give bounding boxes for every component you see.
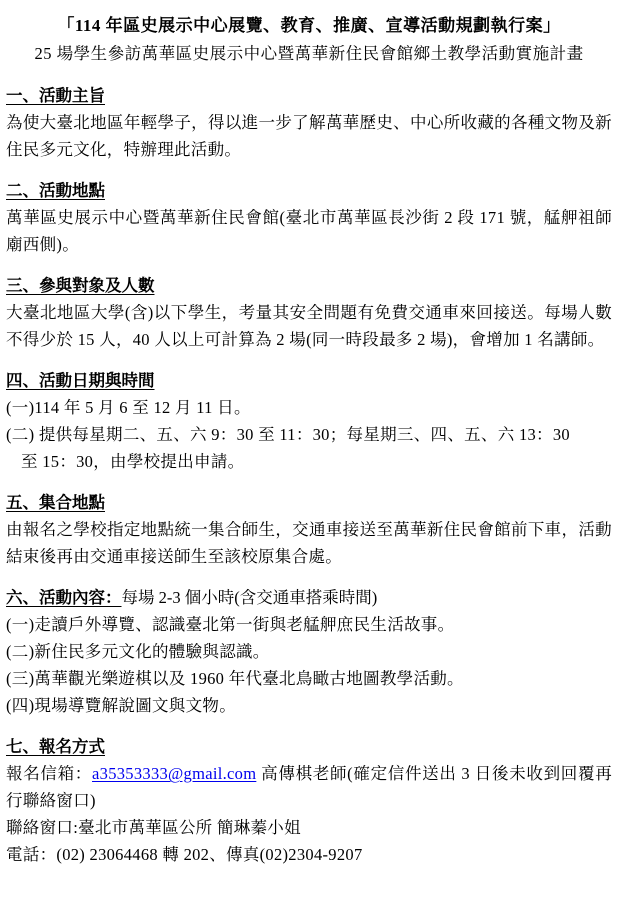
content-item-3: (三)萬華觀光樂遊棋以及 1960 年代臺北鳥瞰古地圖教學活動。 (6, 665, 612, 692)
section-registration-heading: 七、報名方式 (6, 733, 612, 760)
section-content-heading: 六、活動內容： (6, 588, 122, 607)
section-location: 二、活動地點 萬華區史展示中心暨萬華新住民會館(臺北市萬華區長沙街 2 段 17… (6, 177, 612, 258)
section-meeting-point-body: 由報名之學校指定地點統一集合師生，交通車接送至萬華新住民會館前下車，活動結束後再… (6, 516, 612, 570)
section-participants-body: 大臺北地區大學(含)以下學生，考量其安全問題有免費交通車來回接送。每場人數不得少… (6, 299, 612, 353)
section-content: 六、活動內容：每場 2-3 個小時(含交通車搭乘時間) (一)走讀戶外導覽、認識… (6, 584, 612, 719)
schedule-item-2-continued: 至 15：30，由學校提出申請。 (6, 448, 612, 475)
title-block: 「114 年區史展示中心展覽、教育、推廣、宣導活動規劃執行案」 25 場學生參訪… (6, 12, 612, 68)
schedule-item-1: (一)114 年 5 月 6 至 12 月 11 日。 (6, 394, 612, 421)
section-content-heading-inline: 每場 2-3 個小時(含交通車搭乘時間) (122, 588, 378, 607)
registration-email-label: 報名信箱： (6, 764, 92, 783)
page-title: 「114 年區史展示中心展覽、教育、推廣、宣導活動規劃執行案」 (6, 12, 612, 40)
section-content-heading-line: 六、活動內容：每場 2-3 個小時(含交通車搭乘時間) (6, 584, 612, 611)
section-meeting-point-heading: 五、集合地點 (6, 489, 612, 516)
registration-email-line: 報名信箱：a35353333@gmail.com 高傳棋老師(確定信件送出 3 … (6, 760, 612, 814)
section-purpose: 一、活動主旨 為使大臺北地區年輕學子，得以進一步了解萬華歷史、中心所收藏的各種文… (6, 82, 612, 163)
section-schedule-heading: 四、活動日期與時間 (6, 367, 612, 394)
section-location-body: 萬華區史展示中心暨萬華新住民會館(臺北市萬華區長沙街 2 段 171 號，艋舺祖… (6, 204, 612, 258)
schedule-item-2: (二) 提供每星期二、五、六 9：30 至 11：30；每星期三、四、五、六 1… (6, 421, 612, 448)
section-meeting-point: 五、集合地點 由報名之學校指定地點統一集合師生，交通車接送至萬華新住民會館前下車… (6, 489, 612, 570)
registration-phone-line: 電話：(02) 23064468 轉 202、傳真(02)2304-9207 (6, 841, 612, 868)
section-participants-heading: 三、參與對象及人數 (6, 272, 612, 299)
page-subtitle: 25 場學生參訪萬華區史展示中心暨萬華新住民會館鄉土教學活動實施計畫 (6, 40, 612, 68)
content-item-2: (二)新住民多元文化的體驗與認識。 (6, 638, 612, 665)
section-registration: 七、報名方式 報名信箱：a35353333@gmail.com 高傳棋老師(確定… (6, 733, 612, 868)
section-purpose-body: 為使大臺北地區年輕學子，得以進一步了解萬華歷史、中心所收藏的各種文物及新住民多元… (6, 109, 612, 163)
content-item-1: (一)走讀戶外導覽、認識臺北第一街與老艋舺庶民生活故事。 (6, 611, 612, 638)
section-schedule: 四、活動日期與時間 (一)114 年 5 月 6 至 12 月 11 日。 (二… (6, 367, 612, 475)
registration-email-link[interactable]: a35353333@gmail.com (92, 764, 256, 783)
content-item-4: (四)現場導覽解說圖文與文物。 (6, 692, 612, 719)
registration-contact-line: 聯絡窗口:臺北市萬華區公所 簡琳蓁小姐 (6, 814, 612, 841)
document-page: 「114 年區史展示中心展覽、教育、推廣、宣導活動規劃執行案」 25 場學生參訪… (0, 0, 618, 900)
section-purpose-heading: 一、活動主旨 (6, 82, 612, 109)
section-location-heading: 二、活動地點 (6, 177, 612, 204)
section-participants: 三、參與對象及人數 大臺北地區大學(含)以下學生，考量其安全問題有免費交通車來回… (6, 272, 612, 353)
